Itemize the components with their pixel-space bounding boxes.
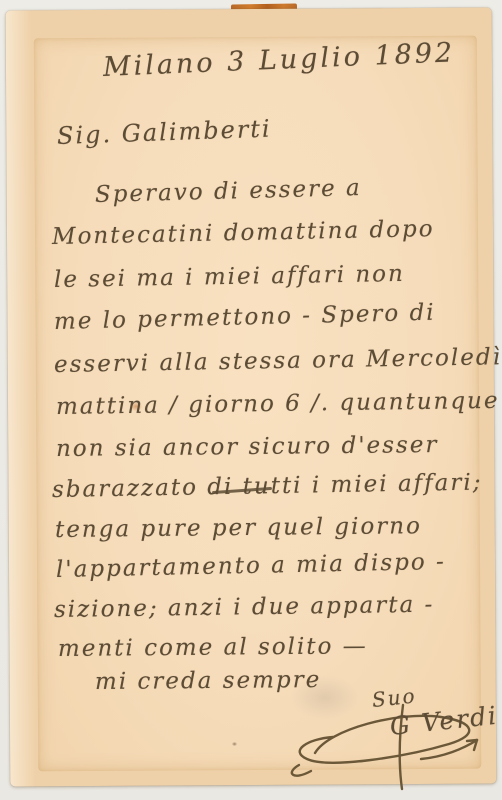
letter-body-line: non sia ancor sicuro d'esser (56, 432, 439, 462)
letter-body-line: menti come al solito — (58, 633, 368, 662)
letter-body-line: tenga pure per quel giorno (55, 513, 422, 543)
letter-body-line: sizione; anzi i due apparta - (54, 592, 435, 623)
letter-body-line: mi creda sempre (95, 667, 321, 695)
photo-background: Milano 3 Luglio 1892 Sig. Galimberti Spe… (0, 0, 502, 800)
